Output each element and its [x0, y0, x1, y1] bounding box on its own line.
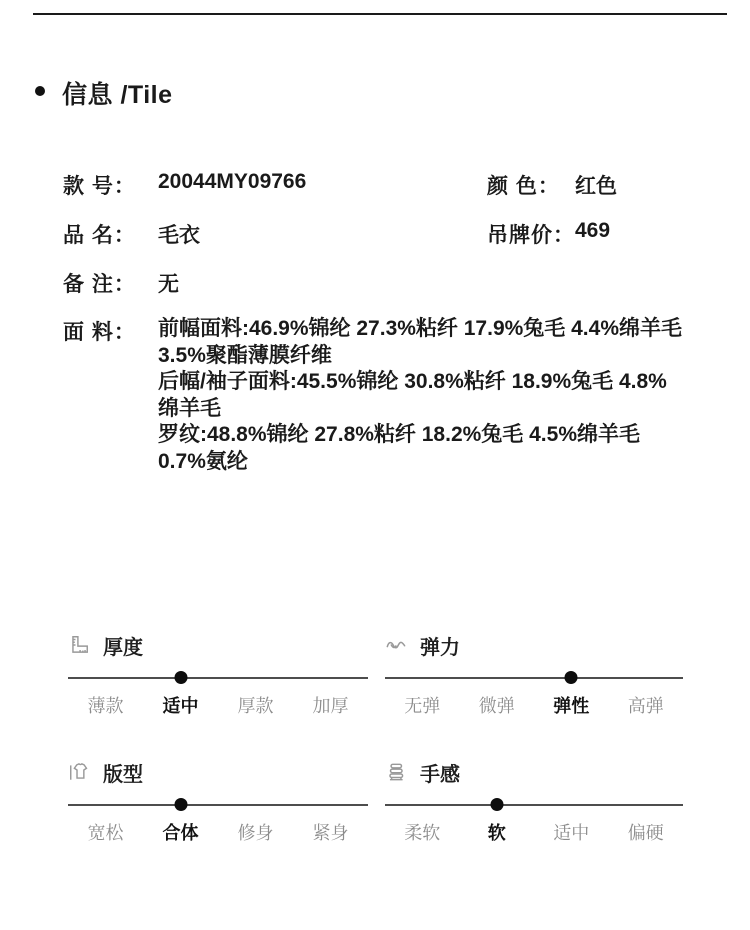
slider-option: 弹性	[534, 692, 609, 718]
slider-option: 紧身	[293, 819, 368, 845]
field-label: 备 注：	[63, 268, 158, 298]
wave-icon	[385, 634, 407, 656]
fabric-line: 前幅面料:46.9%锦纶 27.3%粘纤 17.9%兔毛 4.4%绵羊毛	[158, 316, 682, 343]
field-label: 面 料：	[63, 316, 158, 346]
slider-title: 弹力	[420, 631, 460, 660]
fabric-line: 罗纹:48.8%锦纶 27.8%粘纤 18.2%兔毛 4.5%绵羊毛	[158, 422, 682, 449]
slider-option: 偏硬	[609, 819, 684, 845]
slider-track	[68, 677, 368, 679]
slider-track	[385, 804, 683, 806]
slider-options: 无弹 微弹 弹性 高弹	[385, 692, 683, 718]
fabric-line: 3.5%聚酯薄膜纤维	[158, 343, 682, 370]
field-tag-price: 吊牌价： 469	[487, 219, 610, 249]
slider-elasticity: 弹力 无弹 微弹 弹性 高弹	[385, 632, 683, 718]
slider-option: 高弹	[609, 692, 684, 718]
slider-option: 无弹	[385, 692, 460, 718]
slider-header: 弹力	[385, 632, 683, 658]
slider-header: 版型	[68, 759, 368, 785]
slider-dot	[174, 798, 187, 811]
field-value: 红色	[575, 170, 617, 200]
slider-dot	[490, 798, 503, 811]
slider-option: 加厚	[293, 692, 368, 718]
slider-option: 薄款	[68, 692, 143, 718]
slider-track	[68, 804, 368, 806]
slider-track	[385, 677, 683, 679]
product-info-page: 信息 /Tile 款 号： 20044MY09766 颜 色： 红色 品 名： …	[0, 0, 750, 930]
slider-title: 版型	[103, 758, 143, 787]
slider-feel: 手感 柔软 软 适中 偏硬	[385, 759, 683, 845]
field-label: 款 号：	[63, 170, 158, 200]
fabric-line: 绵羊毛	[158, 396, 682, 423]
slider-option: 柔软	[385, 819, 460, 845]
fabric-stack-icon	[385, 761, 407, 783]
slider-thickness: 厚度 薄款 适中 厚款 加厚	[68, 632, 368, 718]
field-fabric: 面 料： 前幅面料:46.9%锦纶 27.3%粘纤 17.9%兔毛 4.4%绵羊…	[63, 316, 682, 475]
slider-option: 适中	[534, 819, 609, 845]
fabric-composition: 前幅面料:46.9%锦纶 27.3%粘纤 17.9%兔毛 4.4%绵羊毛 3.5…	[158, 316, 682, 475]
slider-header: 手感	[385, 759, 683, 785]
fabric-line: 0.7%氨纶	[158, 449, 682, 476]
slider-options: 薄款 适中 厚款 加厚	[68, 692, 368, 718]
bullet-icon	[35, 86, 45, 96]
field-value: 毛衣	[158, 219, 200, 249]
slider-options: 宽松 合体 修身 紧身	[68, 819, 368, 845]
slider-option: 微弹	[460, 692, 535, 718]
top-divider	[33, 13, 727, 15]
fabric-line: 后幅/袖子面料:45.5%锦纶 30.8%粘纤 18.9%兔毛 4.8%	[158, 369, 682, 396]
section-heading: 信息 /Tile	[35, 75, 173, 111]
slider-option: 软	[460, 819, 535, 845]
slider-option: 宽松	[68, 819, 143, 845]
slider-fit: 版型 宽松 合体 修身 紧身	[68, 759, 368, 845]
slider-option: 合体	[143, 819, 218, 845]
slider-dot	[565, 671, 578, 684]
slider-header: 厚度	[68, 632, 368, 658]
slider-title: 厚度	[103, 631, 143, 660]
field-value: 无	[158, 268, 179, 298]
field-label: 吊牌价：	[487, 219, 575, 249]
field-label: 颜 色：	[487, 170, 575, 200]
field-label: 品 名：	[63, 219, 158, 249]
field-style-number: 款 号： 20044MY09766	[63, 170, 306, 200]
tshirt-icon	[68, 761, 90, 783]
slider-option: 适中	[143, 692, 218, 718]
section-title: 信息 /Tile	[62, 75, 173, 111]
slider-option: 修身	[218, 819, 293, 845]
slider-option: 厚款	[218, 692, 293, 718]
ruler-icon	[68, 634, 90, 656]
field-color: 颜 色： 红色	[487, 170, 617, 200]
slider-options: 柔软 软 适中 偏硬	[385, 819, 683, 845]
slider-title: 手感	[420, 758, 460, 787]
field-product-name: 品 名： 毛衣	[63, 219, 200, 249]
field-value: 20044MY09766	[158, 170, 306, 194]
field-remarks: 备 注： 无	[63, 268, 179, 298]
slider-dot	[174, 671, 187, 684]
field-value: 469	[575, 219, 610, 243]
